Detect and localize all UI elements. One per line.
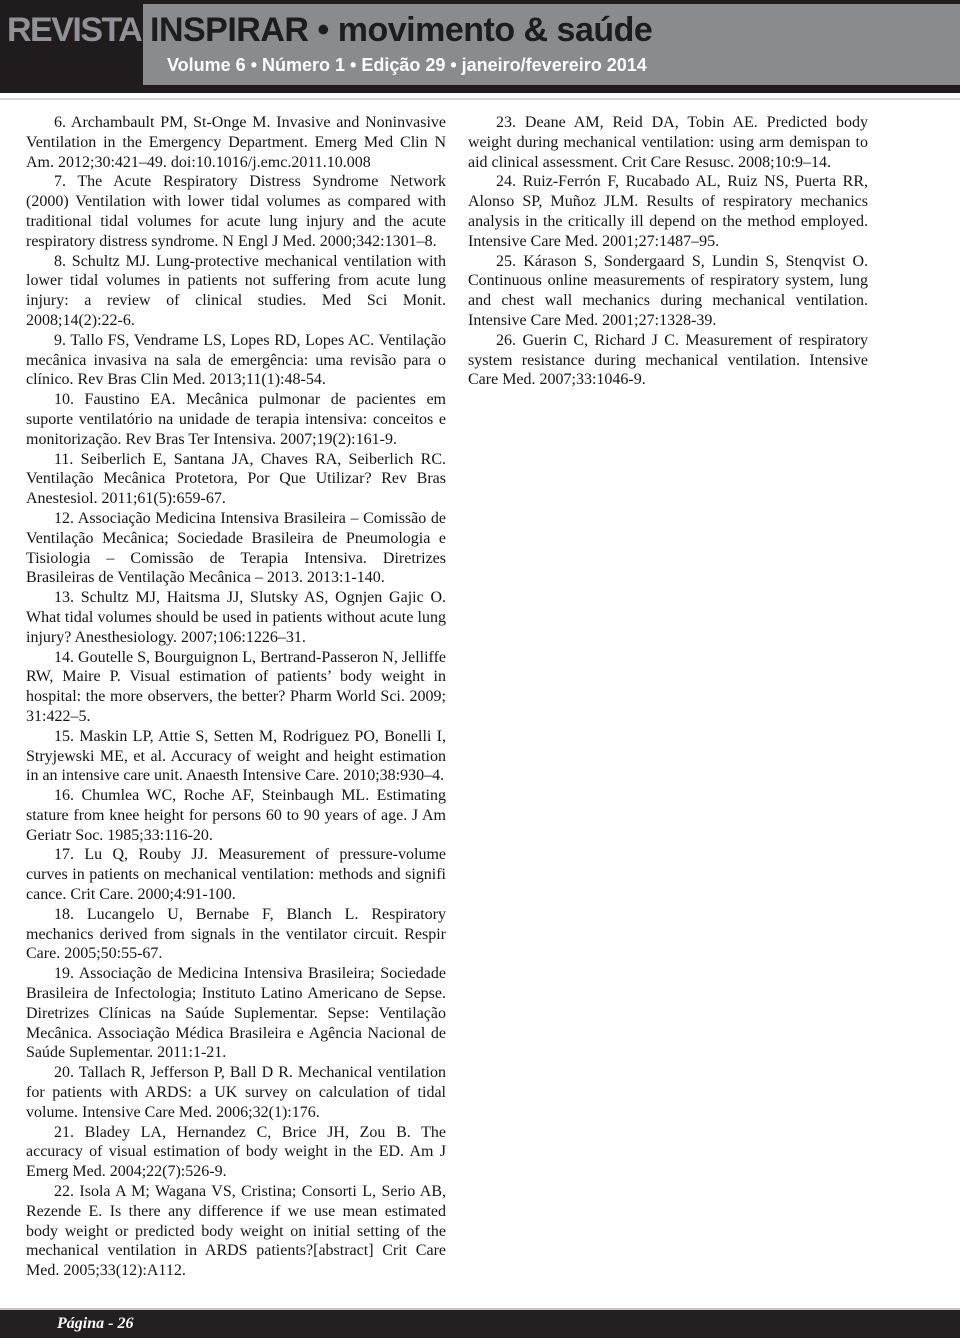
- reference-item: 11. Seiberlich E, Santana JA, Chaves RA,…: [26, 450, 446, 509]
- reference-item: 15. Maskin LP, Attie S, Setten M, Rodrig…: [26, 727, 446, 786]
- journal-brand-revista: REVISTA: [7, 11, 141, 50]
- reference-item: 24. Ruiz-Ferrón F, Rucabado AL, Ruiz NS,…: [468, 172, 868, 251]
- reference-item: 20. Tallach R, Jefferson P, Ball D R. Me…: [26, 1063, 446, 1122]
- issue-info: Volume 6 • Número 1 • Edição 29 • janeir…: [167, 55, 647, 76]
- reference-item: 8. Schultz MJ. Lung-protective mechanica…: [26, 252, 446, 331]
- reference-item: 25. Kárason S, Sondergaard S, Lundin S, …: [468, 252, 868, 331]
- footer-bar: Página - 26: [0, 1310, 960, 1338]
- page-number-label: Página - 26: [57, 1310, 960, 1338]
- reference-item: 16. Chumlea WC, Roche AF, Steinbaugh ML.…: [26, 786, 446, 845]
- header-gray-panel: INSPIRAR • movimento & saúde Volume 6 • …: [143, 4, 960, 85]
- journal-page: REVISTA INSPIRAR • movimento & saúde Vol…: [0, 0, 960, 1338]
- reference-item: 26. Guerin C, Richard J C. Measurement o…: [468, 331, 868, 390]
- reference-item: 23. Deane AM, Reid DA, Tobin AE. Predict…: [468, 113, 868, 172]
- reference-item: 12. Associação Medicina Intensiva Brasil…: [26, 509, 446, 588]
- reference-item: 6. Archambault PM, St-Onge M. Invasive a…: [26, 113, 446, 172]
- reference-item: 21. Bladey LA, Hernandez C, Brice JH, Zo…: [26, 1123, 446, 1182]
- reference-item: 22. Isola A M; Wagana VS, Cristina; Cons…: [26, 1182, 446, 1281]
- header-divider: [0, 98, 960, 100]
- reference-item: 18. Lucangelo U, Bernabe F, Blanch L. Re…: [26, 905, 446, 964]
- reference-item: 19. Associação de Medicina Intensiva Bra…: [26, 964, 446, 1063]
- reference-item: 17. Lu Q, Rouby JJ. Measurement of press…: [26, 845, 446, 904]
- reference-item: 10. Faustino EA. Mecânica pulmonar de pa…: [26, 390, 446, 449]
- reference-item: 7. The Acute Respiratory Distress Syndro…: [26, 172, 446, 251]
- reference-item: 14. Goutelle S, Bourguignon L, Bertrand-…: [26, 648, 446, 727]
- references-column-left: 6. Archambault PM, St-Onge M. Invasive a…: [26, 113, 446, 1281]
- reference-item: 13. Schultz MJ, Haitsma JJ, Slutsky AS, …: [26, 588, 446, 647]
- reference-item: 9. Tallo FS, Vendrame LS, Lopes RD, Lope…: [26, 331, 446, 390]
- journal-brand-inspirar: INSPIRAR • movimento & saúde: [150, 11, 652, 50]
- references-column-right: 23. Deane AM, Reid DA, Tobin AE. Predict…: [468, 113, 868, 390]
- journal-header: REVISTA INSPIRAR • movimento & saúde Vol…: [0, 0, 960, 93]
